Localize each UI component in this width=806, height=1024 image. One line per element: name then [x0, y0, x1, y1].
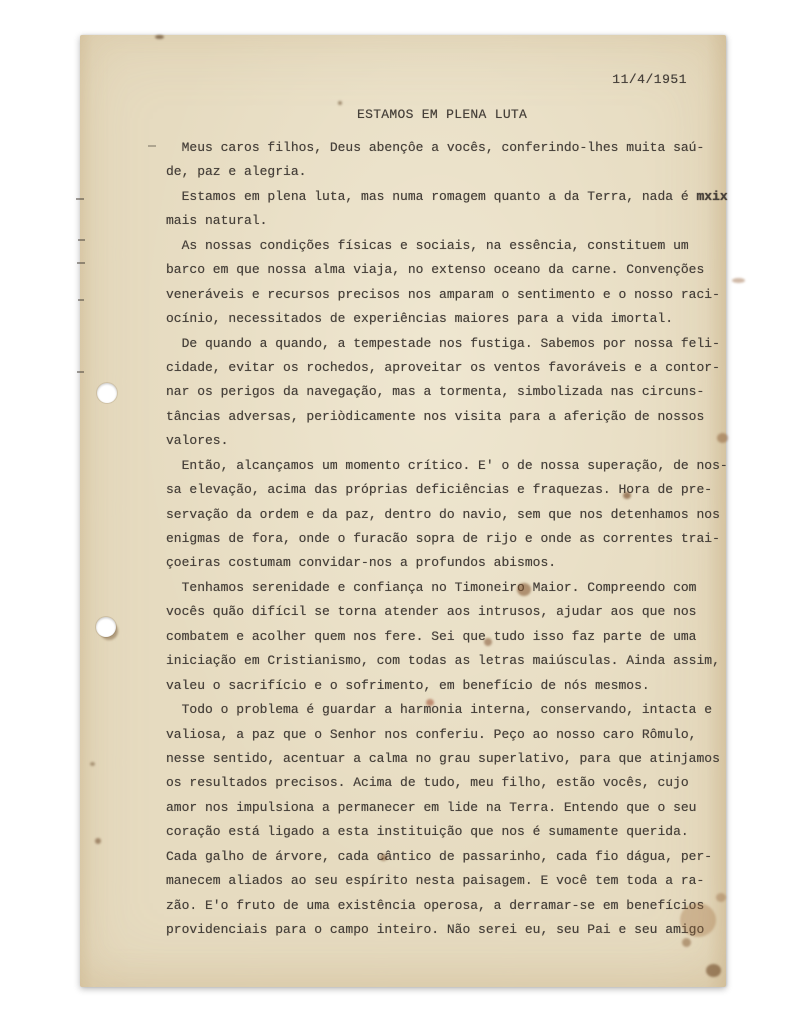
text-line: As nossas condições físicas e sociais, n… — [166, 234, 721, 258]
stain — [155, 35, 164, 39]
text-line: Então, alcançamos um momento crítico. E'… — [166, 454, 721, 478]
pencil-mark — [77, 262, 85, 264]
pencil-mark — [78, 239, 85, 241]
stain — [732, 278, 745, 283]
photo-background: { "page": { "background_color": "#ffffff… — [0, 0, 806, 1024]
text-line: coração está ligado a esta instituição q… — [166, 820, 721, 844]
text-line: veneráveis e recursos precisos nos ampar… — [166, 283, 721, 307]
text-line: sa elevação, acima das próprias deficiên… — [166, 478, 721, 502]
body-lines: Meus caros filhos, Deus abençôe a vocês,… — [166, 136, 721, 942]
hole-punch-top — [97, 383, 117, 403]
text-line: Estamos em plena luta, mas numa romagem … — [166, 185, 721, 209]
text-line: combatem e acolher quem nos fere. Sei qu… — [166, 625, 721, 649]
text-line: nar os perigos da navegação, mas a torme… — [166, 380, 721, 404]
text-line: servação da ordem e da paz, dentro do na… — [166, 503, 721, 527]
typewritten-letter-page: 11/4/1951 ESTAMOS EM PLENA LUTA Meus car… — [80, 35, 726, 987]
stain — [717, 433, 728, 443]
pencil-mark — [78, 299, 84, 301]
text-line: Tenhamos serenidade e confiança no Timon… — [166, 576, 721, 600]
stain — [706, 964, 721, 977]
hole-punch-bottom — [96, 617, 116, 637]
text-line: ocínio, necessitados de experiências mai… — [166, 307, 721, 331]
text-line: tâncias adversas, periòdicamente nos vis… — [166, 405, 721, 429]
text-line: zão. E'o fruto de uma existência operosa… — [166, 894, 721, 918]
pencil-mark — [148, 145, 156, 147]
stain — [95, 838, 101, 844]
stain — [90, 762, 95, 766]
text-line: De quando a quando, a tempestade nos fus… — [166, 332, 721, 356]
text-line: providenciais para o campo inteiro. Não … — [166, 918, 721, 942]
text-line: valeu o sacrifício e o sofrimento, em be… — [166, 674, 721, 698]
text-line: cidade, evitar os rochedos, aproveitar o… — [166, 356, 721, 380]
text-line: çoeiras costumam convidar-nos a profundo… — [166, 551, 721, 575]
text-line: Meus caros filhos, Deus abençôe a vocês,… — [166, 136, 721, 160]
stain — [338, 101, 342, 105]
text-line: valores. — [166, 429, 721, 453]
stain — [682, 938, 691, 947]
stain — [680, 903, 716, 937]
text-line: os resultados precisos. Acima de tudo, m… — [166, 771, 721, 795]
stain — [380, 854, 387, 861]
stain — [426, 699, 434, 706]
text-line: barco em que nossa alma viaja, no extens… — [166, 258, 721, 282]
text-line: Cada galho de árvore, cada cântico de pa… — [166, 845, 721, 869]
text-line: iniciação em Cristianismo, com todas as … — [166, 649, 721, 673]
text-line: Todo o problema é guardar a harmonia int… — [166, 698, 721, 722]
stain — [716, 893, 726, 902]
letter-title: ESTAMOS EM PLENA LUTA — [357, 107, 527, 122]
text-line: nesse sentido, acentuar a calma no grau … — [166, 747, 721, 771]
text-line: enigmas de fora, onde o furacão sopra de… — [166, 527, 721, 551]
pencil-mark — [76, 198, 84, 200]
pencil-mark — [77, 371, 84, 373]
letter-date: 11/4/1951 — [612, 72, 687, 87]
stain — [484, 638, 492, 646]
stain — [623, 492, 631, 499]
text-line: de, paz e alegria. — [166, 160, 721, 184]
stain — [517, 583, 531, 596]
text-line: amor nos impulsiona a permanecer em lide… — [166, 796, 721, 820]
text-line: vocês quão difícil se torna atender aos … — [166, 600, 721, 624]
text-line: manecem aliados ao seu espírito nesta pa… — [166, 869, 721, 893]
text-line: valiosa, a paz que o Senhor nos conferiu… — [166, 723, 721, 747]
text-line: mais natural. — [166, 209, 721, 233]
